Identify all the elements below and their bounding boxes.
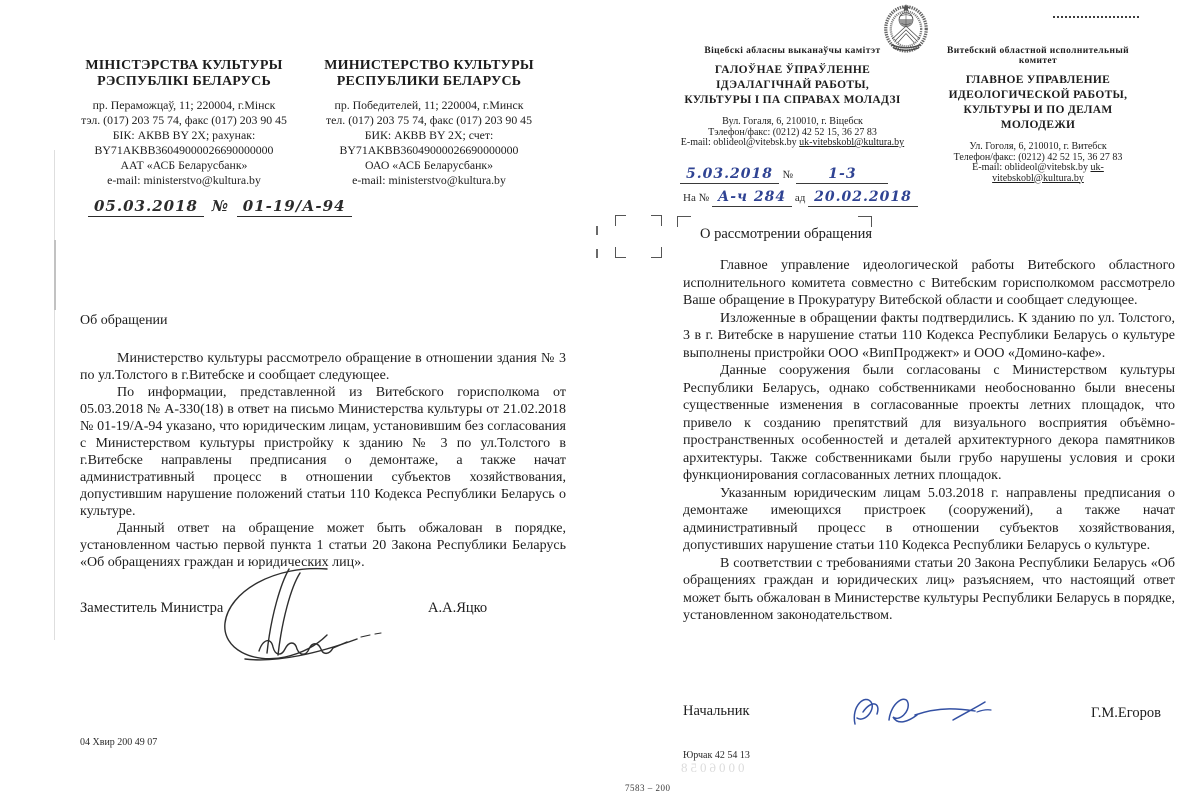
org-title-line: КУЛЬТУРЫ І ПА СПРАВАХ МОЛАДЗІ — [655, 93, 930, 108]
outgoing-reference-line: 5.03.2018 № 1-3 — [680, 166, 888, 184]
stamp-corner-mark — [615, 215, 626, 226]
body-paragraph: Указанным юридическим лицам 5.03.2018 г.… — [683, 485, 1175, 555]
address-line: тэл. (017) 203 75 74, факс (017) 203 90 … — [58, 113, 310, 128]
org-title-line: МИНИСТЕРСТВО КУЛЬТУРЫ — [303, 58, 555, 74]
org-title-line: МІНІСТЭРСТВА КУЛЬТУРЫ — [58, 58, 310, 74]
email-underlined: uk-vitebskobl@kultura.by — [799, 137, 904, 148]
signer-name: Г.М.Егоров — [1091, 705, 1161, 722]
body-paragraph: Главное управление идеологической работы… — [683, 257, 1175, 310]
scan-edge-line-dark — [54, 240, 56, 310]
org-title-line: РЕСПУБЛИКИ БЕЛАРУСЬ — [303, 74, 555, 90]
org-title-line: ГЛАВНОЕ УПРАВЛЕНИЕ — [928, 73, 1148, 88]
print-run-code: 7583 – 200 — [625, 783, 671, 793]
address-line: БИК: АКВВ BY 2X; счет: — [303, 128, 555, 143]
handwritten-signature-black — [215, 565, 383, 665]
stamp-corner-mark — [651, 215, 662, 226]
stamp-corner-mark — [615, 247, 626, 258]
address-line: пр. Пераможцаў, 11; 220004, г.Мінск — [58, 98, 310, 113]
dashed-rule — [1053, 16, 1139, 18]
parent-committee-line: Витебский областной исполнительный комит… — [928, 46, 1148, 66]
reply-to-label: На № — [683, 192, 709, 204]
address-line: ААТ «АСБ Беларусбанк» — [58, 158, 310, 173]
letter-body: Об обращении Министерство культуры рассм… — [80, 312, 566, 571]
address-line: BY71AKBB36049000026690000000 — [58, 143, 310, 158]
stamp-corner-mark — [651, 247, 662, 258]
header-russian-column: Витебский областной исполнительный комит… — [928, 46, 1148, 184]
address-line: BY71AKBB36049000026690000000 — [303, 143, 555, 158]
address-line: ОАО «АСБ Беларусбанк» — [303, 158, 555, 173]
address-line: e-mail: ministerstvo@kultura.by — [58, 173, 310, 188]
scan-edge-tick — [596, 249, 598, 258]
email-line: E-mail: oblideol@vitebsk.by uk-vitebskob… — [928, 163, 1148, 184]
org-title-line: ІДЭАЛАГІЧНАЙ РАБОТЫ, — [655, 78, 930, 93]
handwritten-incoming-date: 20.02.2018 — [808, 189, 918, 207]
handwritten-date: 5.03.2018 — [680, 166, 779, 184]
body-paragraph: Министерство культуры рассмотрело обраще… — [80, 350, 566, 384]
number-sign: № — [212, 197, 229, 215]
executor-footnote: 04 Хвир 200 49 07 — [80, 737, 157, 748]
handwritten-signature-blue — [845, 690, 1003, 734]
body-paragraph: Изложенные в обращении факты подтвердили… — [683, 310, 1175, 363]
signer-position: Начальник — [683, 703, 750, 719]
org-title-line: РЭСПУБЛІКІ БЕЛАРУСЬ — [58, 74, 310, 90]
body-paragraph: Данные сооружения были согласованы с Мин… — [683, 362, 1175, 485]
address-line: БІК: АКВВ BY 2X; рахунак: — [58, 128, 310, 143]
header-belarusian-column: Віцебскі абласны выканаўчы камітэт ГАЛОЎ… — [655, 46, 930, 149]
incoming-reference-line: На № А-ч 284 ад 20.02.2018 — [683, 189, 918, 207]
header-russian-column: МИНИСТЕРСТВО КУЛЬТУРЫ РЕСПУБЛИКИ БЕЛАРУС… — [303, 58, 555, 188]
handwritten-date: 05.03.2018 — [88, 197, 204, 217]
signer-name: А.А.Яцко — [428, 600, 487, 617]
letter-body: Главное управление идеологической работы… — [683, 257, 1175, 625]
header-belarusian-column: МІНІСТЭРСТВА КУЛЬТУРЫ РЭСПУБЛІКІ БЕЛАРУС… — [58, 58, 310, 188]
address-line: тел. (017) 203 75 74, факс (017) 203 90 … — [303, 113, 555, 128]
scan-edge-tick — [596, 226, 598, 235]
org-title-line: ГАЛОЎНАЕ ЎПРАЎЛЕННЕ — [655, 63, 930, 78]
address-line: пр. Победителей, 11; 220004, г.Минск — [303, 98, 555, 113]
email-line: E-mail: oblideol@vitebsk.by uk-vitebskob… — [655, 138, 930, 149]
body-paragraph: По информации, представленной из Витебск… — [80, 384, 566, 520]
subject-line: Об обращении — [80, 312, 566, 329]
letter-ministry-of-culture: МІНІСТЭРСТВА КУЛЬТУРЫ РЭСПУБЛІКІ БЕЛАРУС… — [0, 0, 600, 800]
scanned-documents-canvas: МІНІСТЭРСТВА КУЛЬТУРЫ РЭСПУБЛІКІ БЕЛАРУС… — [0, 0, 1200, 800]
handwritten-number: 1-3 — [796, 166, 888, 184]
subject-line: О рассмотрении обращения — [700, 226, 872, 243]
body-paragraph: В соответствии с требованиями статьи 20 … — [683, 555, 1175, 625]
org-title-line: ИДЕОЛОГИЧЕСКОЙ РАБОТЫ, — [928, 88, 1148, 103]
body-paragraph: Данный ответ на обращение может быть обж… — [80, 520, 566, 571]
parent-committee-line: Віцебскі абласны выканаўчы камітэт — [655, 46, 930, 56]
outgoing-reference-line: 05.03.2018 № 01-19/А-94 — [88, 197, 352, 217]
address-line: Вул. Гогаля, 6, 210010, г. Віцебск — [655, 117, 930, 128]
signer-position: Заместитель Министра — [80, 600, 223, 616]
address-line: e-mail: ministerstvo@kultura.by — [303, 173, 555, 188]
addressee-corner-mark-left — [677, 216, 691, 227]
scan-edge-line — [54, 150, 55, 640]
from-label: ад — [795, 192, 805, 204]
handwritten-incoming-number: А-ч 284 — [712, 189, 792, 207]
address-line: Ул. Гоголя, 6, 210010, г. Витебск — [928, 142, 1148, 153]
number-sign: № — [782, 169, 793, 181]
handwritten-number: 01-19/А-94 — [237, 197, 352, 217]
bleed-through-number: 0006058 — [678, 760, 745, 776]
org-title-line: КУЛЬТУРЫ И ПО ДЕЛАМ МОЛОДЕЖИ — [928, 103, 1148, 133]
letter-vitebsk-ideology-department: Віцебскі абласны выканаўчы камітэт ГАЛОЎ… — [600, 0, 1200, 800]
